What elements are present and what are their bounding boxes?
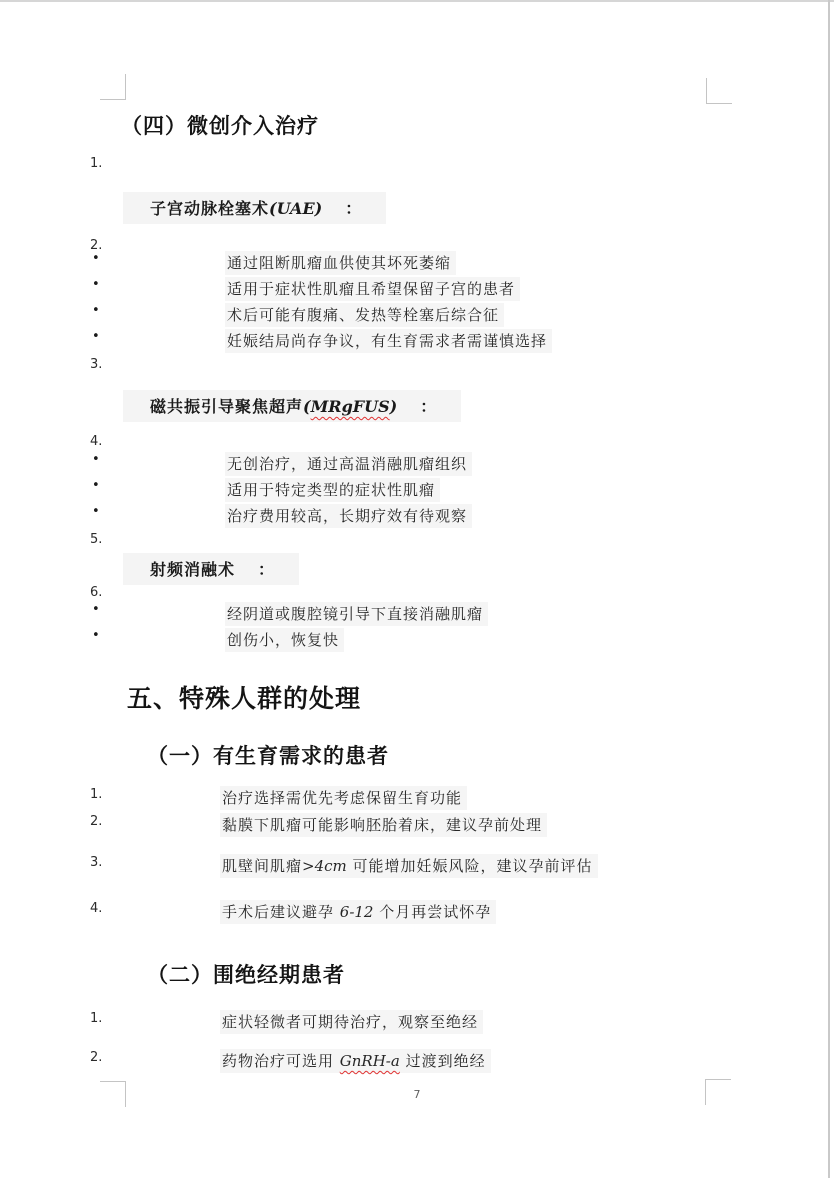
list-number-6: 6. — [90, 585, 102, 600]
bullet-text: 创伤小，恢复快 — [225, 628, 344, 652]
bullet-text: 经阴道或腹腔镜引导下直接消融肌瘤 — [225, 602, 488, 626]
method-name-latin-misspelled: MRgFUS — [311, 397, 390, 416]
section5-1-heading: （一）有生育需求的患者 — [147, 740, 389, 770]
item-number: 1. — [90, 1011, 102, 1026]
document-page: （四）微创介入治疗 1. 子宫动脉栓塞术(UAE)： 2. • 通过阻断肌瘤血供… — [0, 0, 834, 1178]
page-number: 7 — [403, 1088, 431, 1101]
list-number-5: 5. — [90, 532, 102, 547]
list-number-4: 4. — [90, 434, 102, 449]
text-boundary-mark-top-right — [706, 78, 732, 104]
section4-heading: （四）微创介入治疗 — [121, 110, 319, 140]
item-text: 治疗选择需优先考虑保留生育功能 — [220, 786, 467, 810]
bullet-marker: • — [92, 504, 100, 519]
bullet-marker: • — [92, 478, 100, 493]
bullet-marker: • — [92, 303, 100, 318]
section5-heading: 五、特殊人群的处理 — [127, 679, 361, 715]
item-text-zh1: 肌壁间肌瘤 — [222, 857, 302, 875]
item-text-zh1: 治疗选择需优先考虑保留生育功能 — [222, 789, 462, 807]
page-top-edge — [0, 0, 834, 2]
colon: ： — [345, 199, 362, 218]
text-boundary-mark-bottom-left — [100, 1081, 126, 1107]
bullet-marker: • — [92, 602, 100, 617]
text-boundary-mark-top-left — [100, 74, 126, 100]
item-number: 3. — [90, 855, 102, 870]
bullet-text: 通过阻断肌瘤血供使其坏死萎缩 — [225, 251, 456, 275]
method-name-zh: 磁共振引导聚焦超声 — [150, 397, 303, 416]
colon: ： — [258, 560, 275, 579]
page-right-edge — [828, 0, 830, 1178]
item-text: 黏膜下肌瘤可能影响胚胎着床，建议孕前处理 — [220, 813, 547, 837]
method-heading-mrgfus: 磁共振引导聚焦超声(MRgFUS)： — [123, 390, 461, 422]
method-heading-uae: 子宫动脉栓塞术(UAE)： — [123, 192, 386, 224]
list-number-1: 1. — [90, 156, 102, 171]
bullet-marker: • — [92, 251, 100, 266]
method-name-zh: 子宫动脉栓塞术 — [150, 199, 269, 218]
bullet-marker: • — [92, 628, 100, 643]
item-text: 肌壁间肌瘤>4cm 可能增加妊娠风险，建议孕前评估 — [220, 854, 598, 878]
item-text-latin-misspelled: GnRH-a — [340, 1052, 400, 1070]
item-text-latin: 6-12 — [340, 903, 374, 921]
item-text-zh1: 药物治疗可选用 — [222, 1052, 340, 1070]
bullet-text: 适用于症状性肌瘤且希望保留子宫的患者 — [225, 277, 520, 301]
bullet-text: 治疗费用较高，长期疗效有待观察 — [225, 504, 472, 528]
item-text: 手术后建议避孕 6-12 个月再尝试怀孕 — [220, 900, 496, 924]
bullet-text: 术后可能有腹痛、发热等栓塞后综合征 — [225, 303, 504, 327]
list-number-3: 3. — [90, 357, 102, 372]
bullet-text: 无创治疗，通过高温消融肌瘤组织 — [225, 452, 472, 476]
paren-close: ) — [390, 397, 398, 416]
item-number: 1. — [90, 787, 102, 802]
bullet-marker: • — [92, 277, 100, 292]
paren-open: ( — [303, 397, 311, 416]
section5-2-heading: （二）围绝经期患者 — [147, 959, 345, 989]
item-text: 药物治疗可选用 GnRH-a 过渡到绝经 — [220, 1049, 491, 1073]
method-name-latin: (UAE) — [269, 199, 322, 218]
bullet-text: 适用于特定类型的症状性肌瘤 — [225, 478, 440, 502]
item-text-zh1: 症状轻微者可期待治疗，观察至绝经 — [222, 1013, 478, 1031]
bullet-text: 妊娠结局尚存争议，有生育需求者需谨慎选择 — [225, 329, 552, 353]
method-name-zh: 射频消融术 — [150, 560, 235, 579]
text-boundary-mark-bottom-right — [705, 1079, 731, 1105]
item-text-zh1: 手术后建议避孕 — [222, 903, 340, 921]
item-text-latin: >4cm — [302, 857, 347, 875]
bullet-marker: • — [92, 452, 100, 467]
item-number: 4. — [90, 901, 102, 916]
item-text-zh2: 过渡到绝经 — [400, 1052, 486, 1070]
item-text: 症状轻微者可期待治疗，观察至绝经 — [220, 1010, 483, 1034]
bullet-marker: • — [92, 329, 100, 344]
item-text-zh2: 个月再尝试怀孕 — [373, 903, 491, 921]
item-text-zh2: 可能增加妊娠风险，建议孕前评估 — [347, 857, 593, 875]
method-heading-rfa: 射频消融术： — [123, 553, 299, 585]
colon: ： — [420, 397, 437, 416]
item-text-zh1: 黏膜下肌瘤可能影响胚胎着床，建议孕前处理 — [222, 816, 542, 834]
item-number: 2. — [90, 1050, 102, 1065]
item-number: 2. — [90, 814, 102, 829]
